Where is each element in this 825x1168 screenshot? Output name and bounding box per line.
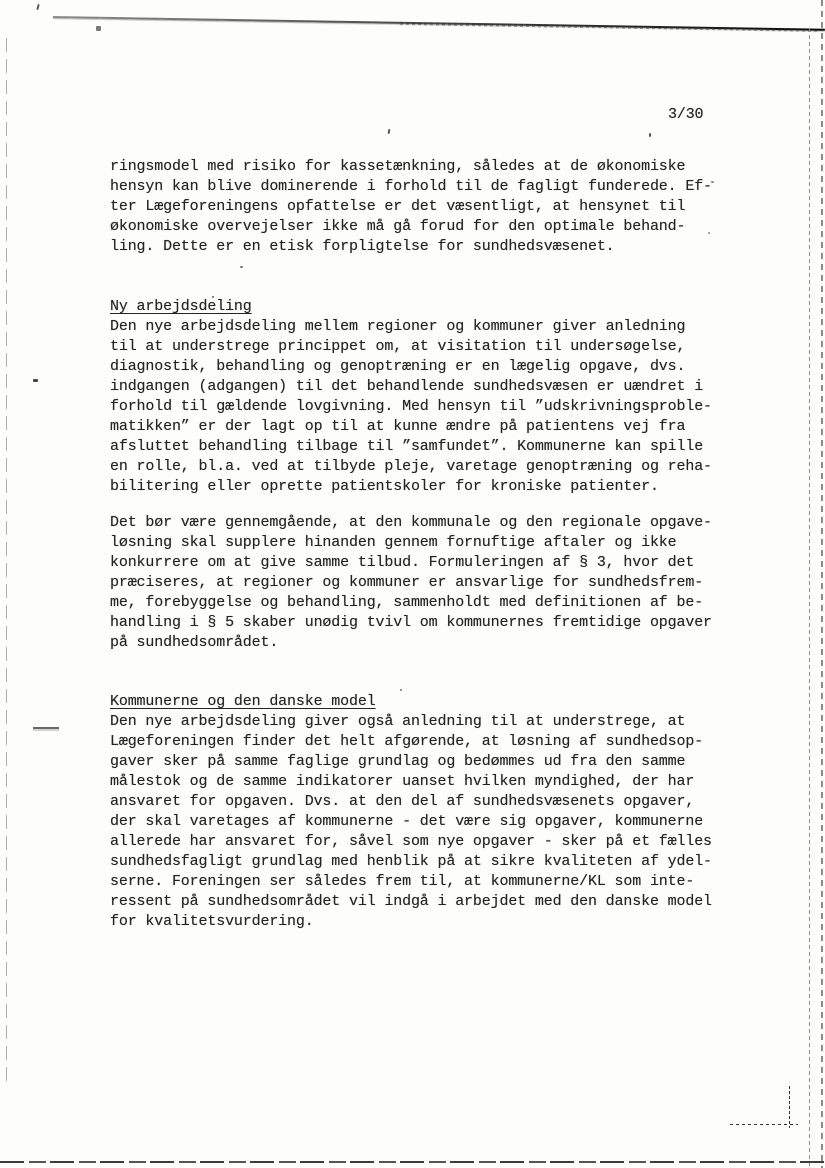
- scan-speck: [388, 129, 391, 134]
- text-line: me, forebyggelse og behandling, sammenho…: [110, 593, 750, 613]
- scan-bottom-edge-line: [0, 1161, 825, 1163]
- text-line: sundhedsfagligt grundlag med henblik på …: [110, 852, 750, 872]
- scan-left-noise-line: [6, 38, 7, 1083]
- text-line: gaver sker på samme faglige grundlag og …: [110, 752, 750, 772]
- scan-speck: [36, 4, 39, 10]
- scan-top-edge-line: [53, 16, 825, 31]
- text-line: allerede har ansvaret for, såvel som nye…: [110, 832, 750, 852]
- text-line: Det bør være gennemgående, at den kommun…: [110, 513, 750, 533]
- scan-speck: [33, 379, 38, 382]
- text-line: ressent på sundhedsområdet vil indgå i a…: [110, 892, 750, 912]
- scan-speck: [649, 133, 651, 137]
- text-line: afsluttet behandling tilbage til ”samfun…: [110, 437, 750, 457]
- text-line: en rolle, bl.a. ved at tilbyde pleje, va…: [110, 457, 750, 477]
- text-line: økonomiske overvejelser ikke må gå forud…: [110, 217, 750, 237]
- text-line: målestok og de samme indikatorer uanset …: [110, 772, 750, 792]
- scan-top-edge-fuzz: [400, 22, 820, 32]
- text-line: Den nye arbejdsdeling mellem regioner og…: [110, 317, 750, 337]
- text-line: konkurrere om at give samme tilbud. Form…: [110, 553, 750, 573]
- scan-corner-dots-vertical: [789, 1086, 790, 1128]
- page-number: 3/30: [668, 105, 703, 125]
- text-line: præciseres, at regioner og kommuner er a…: [110, 573, 750, 593]
- section-ny-arbejdsdeling: Ny arbejdsdeling Den nye arbejdsdeling m…: [110, 297, 750, 497]
- text-line: bilitering eller oprette patientskoler f…: [110, 477, 750, 497]
- scan-speck: [240, 266, 243, 268]
- text-line: indgangen (adgangen) til det behandlende…: [110, 377, 750, 397]
- scan-right-noise-line: [809, 28, 810, 1168]
- text-line: for kvalitetsvurdering.: [110, 912, 750, 932]
- text-line: hensyn kan blive dominerende i forhold t…: [110, 177, 750, 197]
- text-line: forhold til gældende lovgivning. Med hen…: [110, 397, 750, 417]
- margin-dash-mark: [33, 727, 59, 729]
- scan-corner-dots-horizontal: [730, 1124, 798, 1125]
- text-line: løsning skal supplere hinanden gennem fo…: [110, 533, 750, 553]
- paragraph-opgaveloesning: Det bør være gennemgående, at den kommun…: [110, 513, 750, 653]
- scan-speck: [400, 689, 402, 691]
- paragraph-intro: ringsmodel med risiko for kassetænkning,…: [110, 157, 750, 257]
- text-line: ansvaret for opgaven. Dvs. at den del af…: [110, 792, 750, 812]
- text-line: ling. Dette er en etisk forpligtelse for…: [110, 237, 750, 257]
- text-line: til at understrege princippet om, at vis…: [110, 337, 750, 357]
- text-line: ter Lægeforeningens opfattelse er det væ…: [110, 197, 750, 217]
- text-line: handling i § 5 skaber unødig tvivl om ko…: [110, 613, 750, 633]
- scan-right-edge-strip: [821, 0, 823, 1168]
- text-line: diagnostik, behandling og genoptræning e…: [110, 357, 750, 377]
- section-kommunerne-danske-model: Kommunerne og den danske model Den nye a…: [110, 692, 750, 932]
- text-line: ringsmodel med risiko for kassetænkning,…: [110, 157, 750, 177]
- scan-speck: [96, 26, 101, 31]
- text-line: på sundhedsområdet.: [110, 633, 750, 653]
- text-line: der skal varetages af kommunerne - det v…: [110, 812, 750, 832]
- text-line: matikken” er der lagt op til at kunne æn…: [110, 417, 750, 437]
- text-line: Lægeforeningen finder det helt afgørende…: [110, 732, 750, 752]
- scanned-document-page: 3/30 ringsmodel med risiko for kassetænk…: [0, 0, 825, 1168]
- text-line: Den nye arbejdsdeling giver også anledni…: [110, 712, 750, 732]
- section-heading: Kommunerne og den danske model: [110, 692, 750, 712]
- text-line: serne. Foreningen ser således frem til, …: [110, 872, 750, 892]
- section-heading: Ny arbejdsdeling: [110, 297, 750, 317]
